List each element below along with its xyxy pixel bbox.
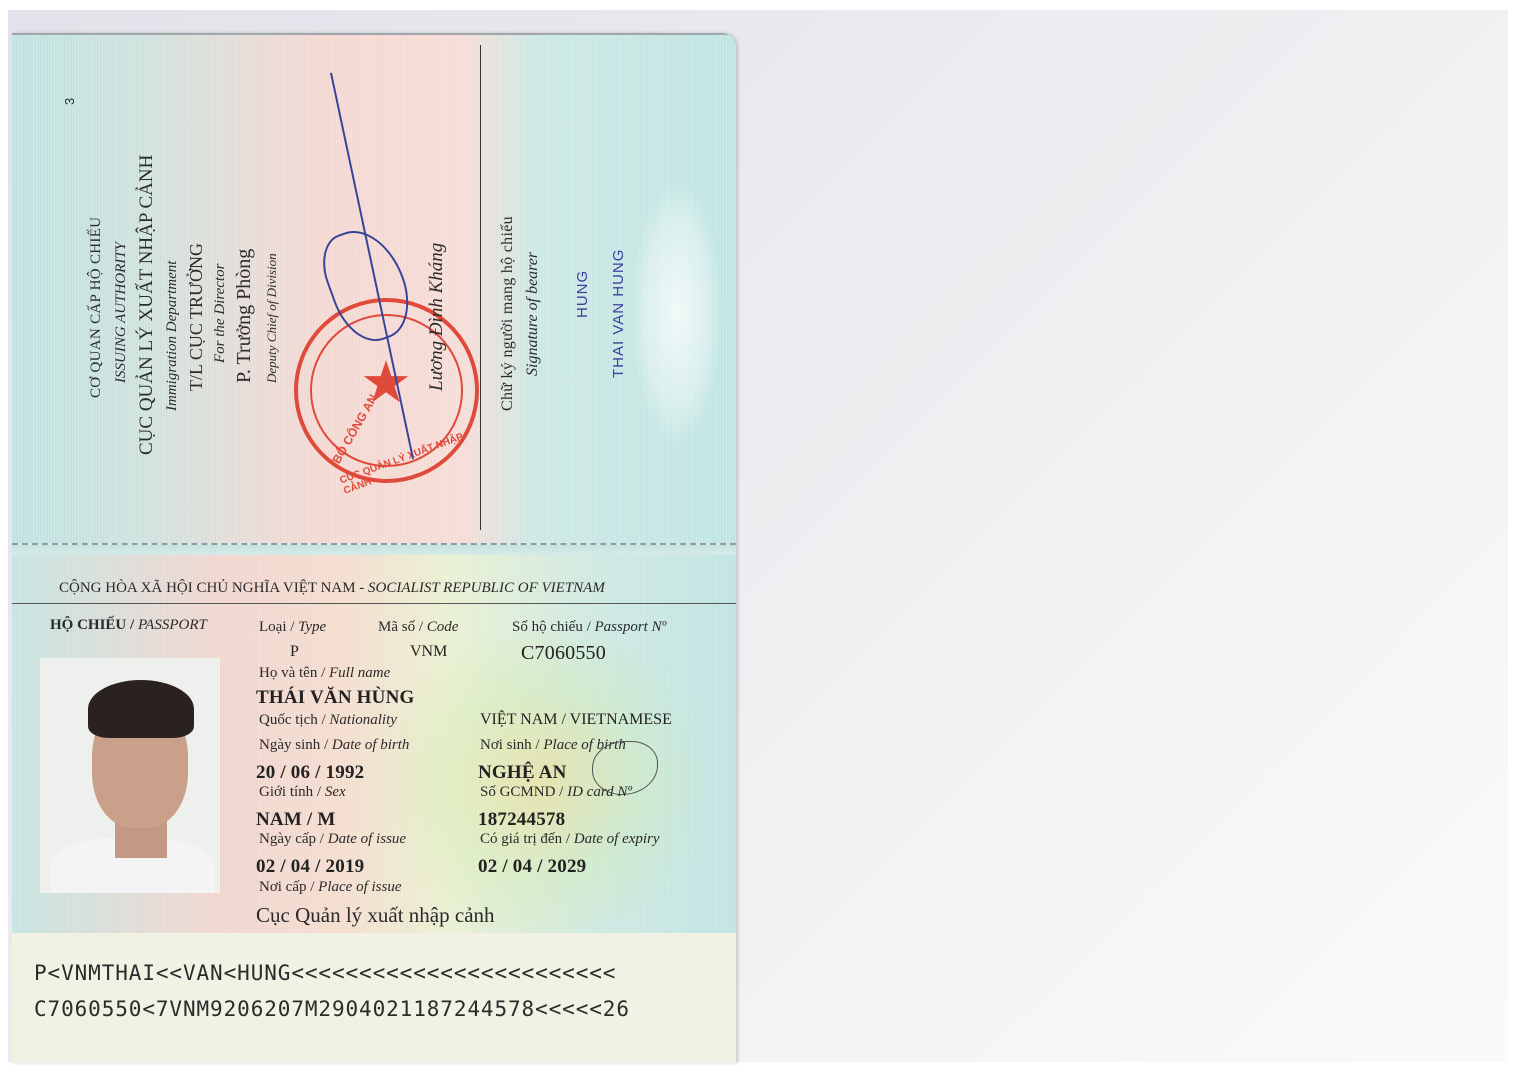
sex-value: NAM / M [256, 809, 336, 831]
bearer-signature-label-en: Signature of bearer [524, 252, 542, 376]
for-director-en: For the Director [212, 264, 229, 363]
dob-label: Ngày sinh / Date of birth [259, 737, 409, 754]
officer-title-en: Deputy Chief of Division [264, 253, 280, 383]
type-label: Loại / Type [259, 619, 326, 636]
country-header: CỘNG HÒA XÃ HỘI CHỦ NGHĨA VIỆT NAM - SOC… [59, 580, 605, 597]
holder-photo [40, 658, 220, 893]
cloud-watermark [632, 183, 722, 443]
passport-spread: 3 CƠ QUAN CẤP HỘ CHIẾU ISSUING AUTHORITY… [12, 33, 736, 1063]
issuing-authority-en: ISSUING AUTHORITY [113, 242, 130, 383]
department-vi: CỤC QUẢN LÝ XUẤT NHẬP CẢNH [136, 155, 158, 455]
full-name-value: THÁI VĂN HÙNG [256, 687, 415, 709]
id-card-label: Số GCMND / ID card Nº [480, 784, 632, 801]
officer-name: Lương Đình Kháng [426, 243, 448, 391]
stamp-text-top: BỘ CÔNG AN [329, 392, 380, 466]
passport-no-label: Số hộ chiếu / Passport Nº [512, 619, 666, 636]
type-value: P [290, 643, 299, 661]
bearer-signature-short: HUNG [574, 270, 591, 318]
code-label: Mã số / Code [378, 619, 458, 636]
document-title: HỘ CHIẾU / PASSPORT [50, 617, 207, 634]
date-of-expiry-value: 02 / 04 / 2029 [478, 856, 586, 878]
dob-value: 20 / 06 / 1992 [256, 762, 364, 784]
page-divider-line [480, 45, 481, 530]
place-of-birth-value: NGHỆ AN [478, 762, 567, 784]
for-director-vi: T/L CỤC TRƯỞNG [186, 243, 207, 391]
mrz-line-1: P<VNMTHAI<<VAN<HUNG<<<<<<<<<<<<<<<<<<<<<… [34, 961, 616, 985]
department-en: Immigration Department [164, 261, 181, 411]
sex-label: Giới tính / Sex [259, 784, 346, 801]
date-of-issue-value: 02 / 04 / 2019 [256, 856, 364, 878]
date-of-expiry-label: Có giá trị đến / Date of expiry [480, 831, 660, 848]
country-header-vi: CỘNG HÒA XÃ HỘI CHỦ NGHĨA VIỆT NAM - [59, 580, 368, 596]
mrz-line-2: C7060550<7VNM9206207M2904021187244578<<<… [34, 997, 630, 1021]
officer-title-vi: P. Trưởng Phòng [233, 249, 256, 383]
nationality-value: VIỆT NAM / VIETNAMESE [480, 711, 672, 729]
issuing-authority-vi: CƠ QUAN CẤP HỘ CHIẾU [88, 217, 105, 398]
date-of-issue-label: Ngày cấp / Date of issue [259, 831, 406, 848]
page-number: 3 [62, 98, 77, 105]
header-divider [12, 603, 736, 604]
nationality-label: Quốc tịch / Nationality [259, 712, 397, 729]
id-card-value: 187244578 [478, 809, 565, 831]
country-header-en: SOCIALIST REPUBLIC OF VIETNAM [368, 580, 605, 596]
bearer-signature-label-vi: Chữ ký người mang hộ chiếu [499, 216, 517, 411]
place-of-issue-value: Cục Quản lý xuất nhập cảnh [256, 903, 495, 928]
passport-no-value: C7060550 [521, 642, 606, 665]
code-value: VNM [410, 643, 447, 661]
place-of-issue-label: Nơi cấp / Place of issue [259, 879, 402, 896]
full-name-label: Họ và tên / Full name [259, 665, 390, 682]
bearer-signature-full: THAI VAN HUNG [610, 249, 627, 378]
